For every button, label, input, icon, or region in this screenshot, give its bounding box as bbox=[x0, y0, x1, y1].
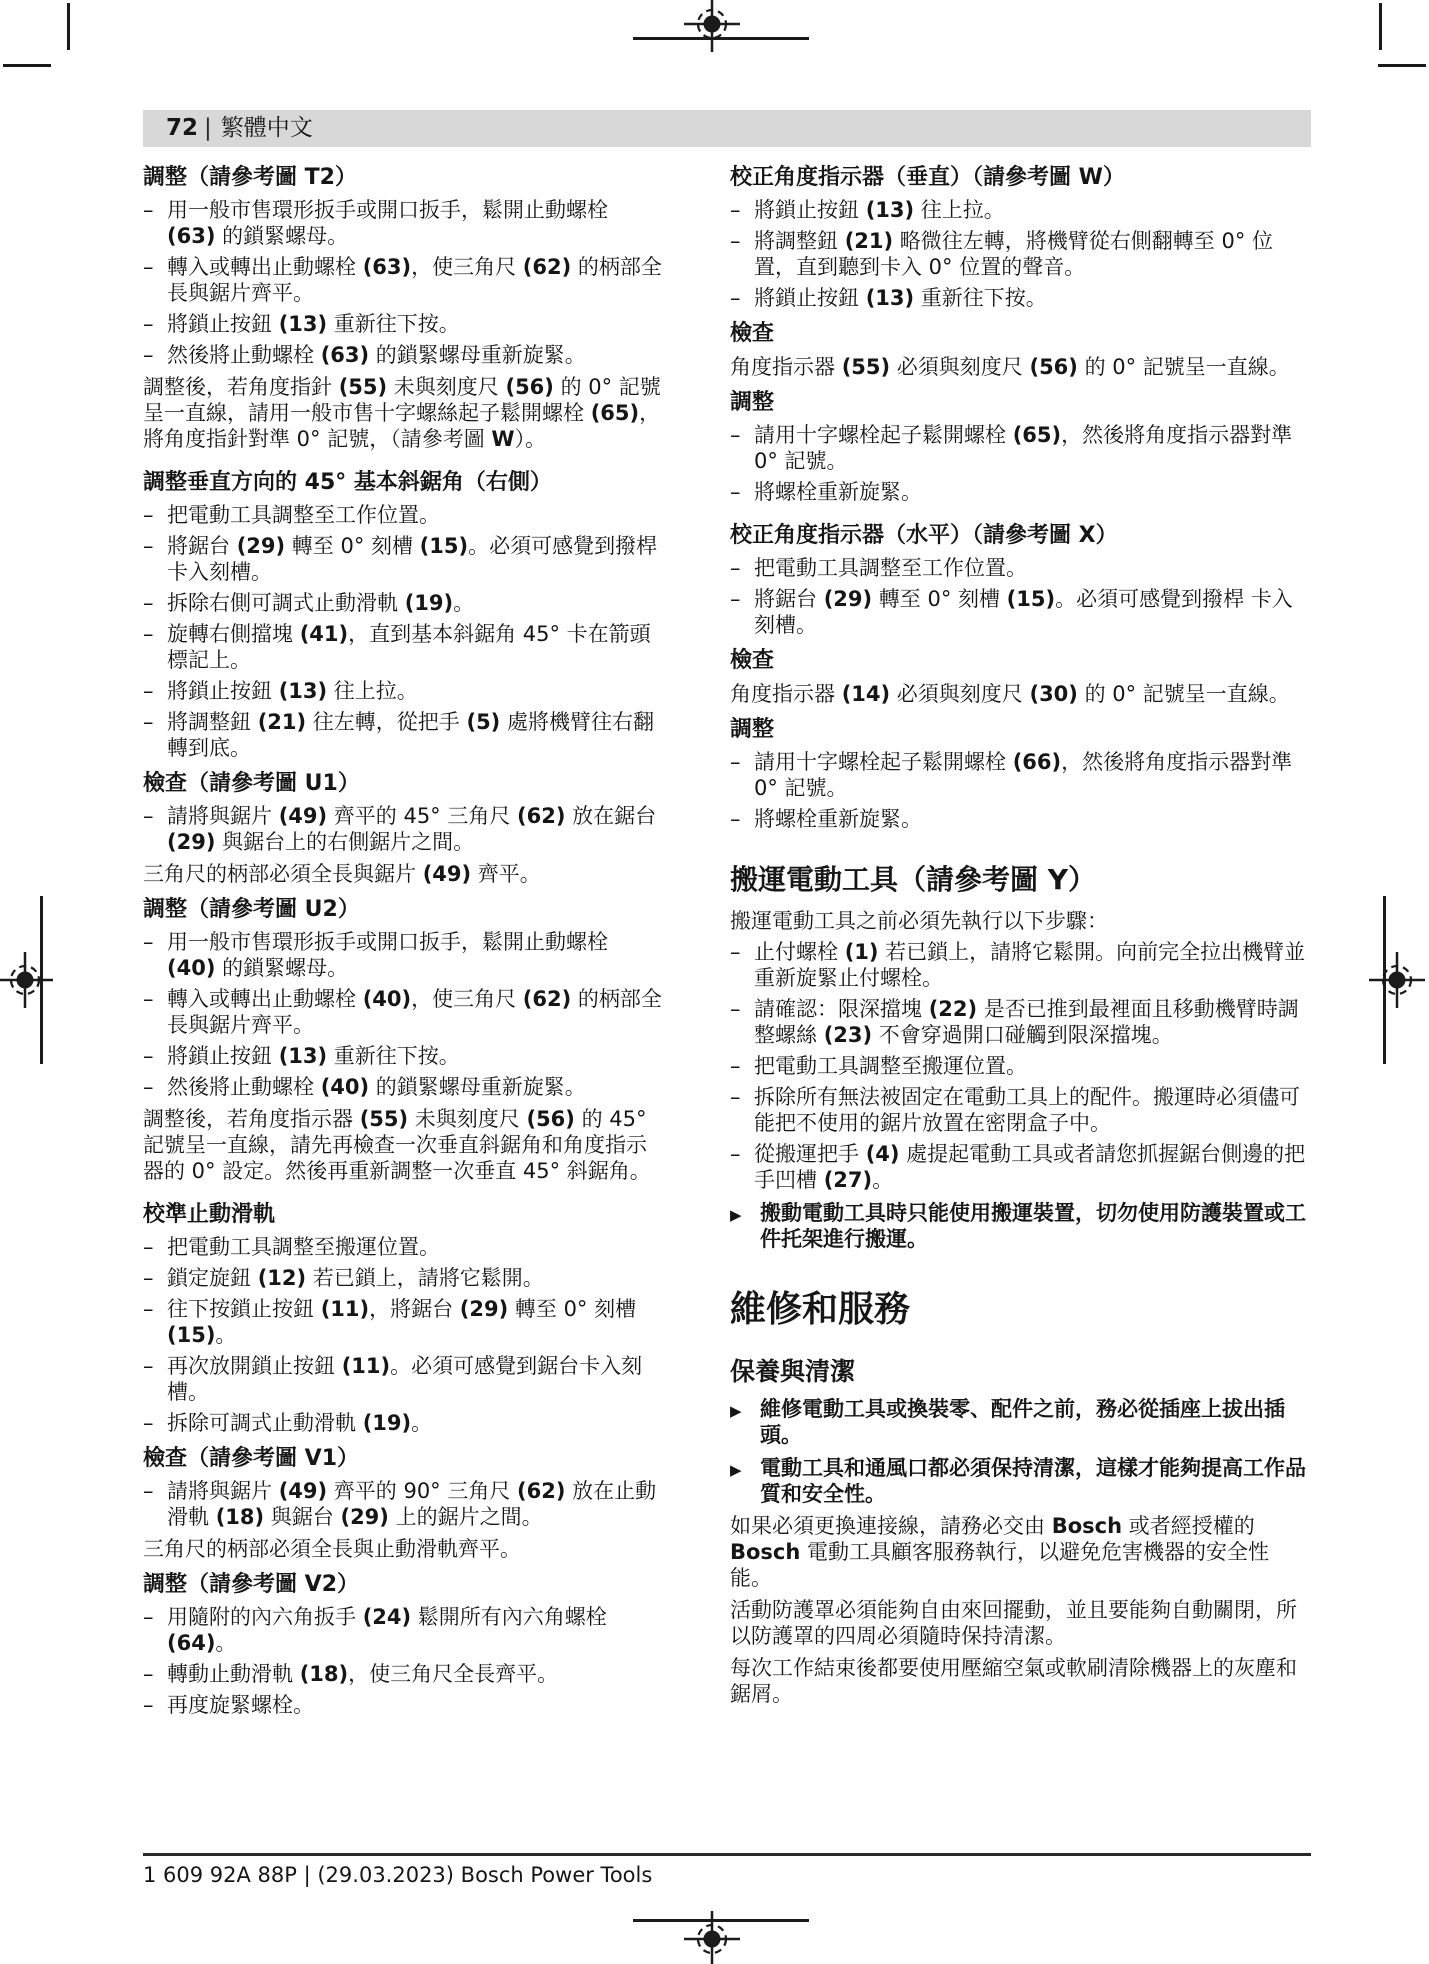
dash-bullet: – bbox=[730, 996, 741, 1022]
list-item-text: 將調整鈕 (21) 略微往左轉，將機臂從右側翻轉至 0° 位置，直到聽到卡入 0… bbox=[754, 229, 1273, 279]
list-item: –將螺栓重新旋緊。 bbox=[730, 806, 1311, 832]
dash-bullet: – bbox=[143, 1478, 154, 1504]
list-item: –請將與鋸片 (49) 齊平的 45° 三角尺 (62) 放在鋸台 (29) 與… bbox=[143, 803, 663, 855]
dash-bullet: – bbox=[730, 422, 741, 448]
list-item-text: 把電動工具調整至工作位置。 bbox=[167, 503, 440, 527]
list-item: –轉入或轉出止動螺栓 (40)，使三角尺 (62) 的柄部全長與鋸片齊平。 bbox=[143, 986, 663, 1038]
header-divider: | bbox=[204, 110, 212, 147]
dash-bullet: – bbox=[143, 1661, 154, 1687]
list-item: –將鎖止按鈕 (13) 重新往下按。 bbox=[143, 1043, 663, 1069]
list-item-text: 拆除右側可調式止動滑軌 (19)。 bbox=[167, 591, 474, 615]
paragraph: 搬運電動工具之前必須先執行以下步驟： bbox=[730, 908, 1311, 934]
list-item: –用隨附的內六角扳手 (24) 鬆開所有內六角螺栓 (64)。 bbox=[143, 1604, 663, 1656]
paragraph: 每次工作結束後都要使用壓縮空氣或軟刷清除機器上的灰塵和鋸屑。 bbox=[730, 1655, 1311, 1707]
dash-bullet: – bbox=[143, 1074, 154, 1100]
list-item-text: 再次放開鎖止按鈕 (11)。必須可感覺到鋸台卡入刻槽。 bbox=[167, 1354, 642, 1404]
list-item-text: 用一般市售環形扳手或開口扳手，鬆開止動螺栓 (63) 的鎖緊螺母。 bbox=[167, 198, 608, 248]
list-item-text: 將鎖止按鈕 (13) 往上拉。 bbox=[754, 198, 1005, 222]
list-item-text: 往下按鎖止按鈕 (11)，將鋸台 (29) 轉至 0° 刻槽 (15)。 bbox=[167, 1297, 636, 1347]
dash-bullet: – bbox=[730, 197, 741, 223]
list-item-text: 鎖定旋鈕 (12) 若已鎖上，請將它鬆開。 bbox=[167, 1266, 544, 1290]
arrow-bullet-icon: ▶ bbox=[730, 1398, 742, 1424]
section-heading: 檢查 bbox=[730, 319, 1311, 348]
list-item-text: 將調整鈕 (21) 往左轉，從把手 (5) 處將機臂往右翻轉到底。 bbox=[167, 710, 654, 760]
list-item: –將鋸台 (29) 轉至 0° 刻槽 (15)。必須可感覺到撥桿 卡入刻槽。 bbox=[143, 533, 663, 585]
section-heading: 調整垂直方向的 45° 基本斜鋸角（右側） bbox=[143, 468, 663, 497]
dash-bullet: – bbox=[143, 1692, 154, 1718]
section-heading: 維修和服務 bbox=[730, 1288, 1311, 1332]
list-item: –將調整鈕 (21) 往左轉，從把手 (5) 處將機臂往右翻轉到底。 bbox=[143, 709, 663, 761]
section-heading: 保養與清潔 bbox=[730, 1356, 1311, 1388]
paragraph: 三角尺的柄部必須全長與止動滑軌齊平。 bbox=[143, 1536, 663, 1562]
list-item-text: 請將與鋸片 (49) 齊平的 90° 三角尺 (62) 放在止動滑軌 (18) … bbox=[167, 1479, 656, 1529]
list-item-text: 把電動工具調整至工作位置。 bbox=[754, 556, 1027, 580]
section-heading: 檢查（請參考圖 U1） bbox=[143, 769, 663, 798]
list-item: –把電動工具調整至工作位置。 bbox=[143, 502, 663, 528]
paragraph: 角度指示器 (14) 必須與刻度尺 (30) 的 0° 記號呈一直線。 bbox=[730, 681, 1311, 707]
dash-bullet: – bbox=[730, 1084, 741, 1110]
registration-crosshair-right-icon bbox=[1369, 952, 1425, 1008]
list-item-text: 再度旋緊螺栓。 bbox=[167, 1693, 314, 1717]
left-column: 調整（請參考圖 T2）–用一般市售環形扳手或開口扳手，鬆開止動螺栓 (63) 的… bbox=[143, 163, 663, 1718]
page-number: 72 bbox=[166, 110, 198, 147]
section-heading: 調整（請參考圖 V2） bbox=[143, 1570, 663, 1599]
list-item-text: 從搬運把手 (4) 處提起電動工具或者請您抓握鋸台側邊的把手凹槽 (27)。 bbox=[754, 1142, 1305, 1192]
list-item: –然後將止動螺栓 (40) 的鎖緊螺母重新旋緊。 bbox=[143, 1074, 663, 1100]
dash-bullet: – bbox=[143, 1410, 154, 1436]
list-item-text: 將鎖止按鈕 (13) 重新往下按。 bbox=[167, 1044, 460, 1068]
footer-rule bbox=[143, 1853, 1311, 1856]
paragraph: 角度指示器 (55) 必須與刻度尺 (56) 的 0° 記號呈一直線。 bbox=[730, 354, 1311, 380]
paragraph: 調整後，若角度指示器 (55) 未與刻度尺 (56) 的 45° 記號呈一直線，… bbox=[143, 1106, 663, 1184]
dash-bullet: – bbox=[143, 197, 154, 223]
dash-bullet: – bbox=[730, 479, 741, 505]
dash-bullet: – bbox=[730, 555, 741, 581]
list-item-text: 止付螺栓 (1) 若已鎖上，請將它鬆開。向前完全拉出機臂並重新旋緊止付螺栓。 bbox=[754, 940, 1305, 990]
list-item-text: 請確認：限深擋塊 (22) 是否已推到最裡面且移動機臂時調整螺絲 (23) 不會… bbox=[754, 997, 1299, 1047]
footer-doc-code: 1 609 92A 88P | (29.03.2023) Bosch Power… bbox=[143, 1861, 652, 1889]
dash-bullet: – bbox=[143, 502, 154, 528]
list-item: –把電動工具調整至搬運位置。 bbox=[143, 1234, 663, 1260]
list-item-text: 旋轉右側擋塊 (41)，直到基本斜鋸角 45° 卡在箭頭標記上。 bbox=[167, 622, 651, 672]
list-item: –請確認：限深擋塊 (22) 是否已推到最裡面且移動機臂時調整螺絲 (23) 不… bbox=[730, 996, 1311, 1048]
list-item-text: 然後將止動螺栓 (40) 的鎖緊螺母重新旋緊。 bbox=[167, 1075, 586, 1099]
right-crop-line bbox=[1383, 896, 1386, 1064]
list-item: –從搬運把手 (4) 處提起電動工具或者請您抓握鋸台側邊的把手凹槽 (27)。 bbox=[730, 1141, 1311, 1193]
list-item: –將鎖止按鈕 (13) 重新往下按。 bbox=[730, 285, 1311, 311]
section-heading: 調整 bbox=[730, 715, 1311, 744]
list-item: –用一般市售環形扳手或開口扳手，鬆開止動螺栓 (40) 的鎖緊螺母。 bbox=[143, 929, 663, 981]
list-item: ▶電動工具和通風口都必須保持清潔，這樣才能夠提高工作品質和安全性。 bbox=[730, 1455, 1311, 1507]
top-center-crop-line bbox=[633, 37, 809, 40]
manual-page: 72 | 繁體中文 調整（請參考圖 T2）–用一般市售環形扳手或開口扳手，鬆開止… bbox=[0, 0, 1429, 1964]
registration-crosshair-top-icon bbox=[684, 0, 740, 52]
dash-bullet: – bbox=[143, 1265, 154, 1291]
list-item-text: 維修電動工具或換裝零、配件之前，務必從插座上拔出插頭。 bbox=[760, 1397, 1285, 1447]
list-item: –鎖定旋鈕 (12) 若已鎖上，請將它鬆開。 bbox=[143, 1265, 663, 1291]
list-item-text: 用隨附的內六角扳手 (24) 鬆開所有內六角螺栓 (64)。 bbox=[167, 1605, 607, 1655]
dash-bullet: – bbox=[730, 939, 741, 965]
list-item: –將螺栓重新旋緊。 bbox=[730, 479, 1311, 505]
dash-bullet: – bbox=[143, 803, 154, 829]
list-item-text: 將鎖止按鈕 (13) 重新往下按。 bbox=[167, 312, 460, 336]
list-item-text: 用一般市售環形扳手或開口扳手，鬆開止動螺栓 (40) 的鎖緊螺母。 bbox=[167, 930, 608, 980]
list-item: –拆除所有無法被固定在電動工具上的配件。搬運時必須儘可能把不使用的鋸片放置在密閉… bbox=[730, 1084, 1311, 1136]
list-item: –然後將止動螺栓 (63) 的鎖緊螺母重新旋緊。 bbox=[143, 342, 663, 368]
dash-bullet: – bbox=[143, 1043, 154, 1069]
section-heading: 檢查 bbox=[730, 646, 1311, 675]
list-item: –止付螺栓 (1) 若已鎖上，請將它鬆開。向前完全拉出機臂並重新旋緊止付螺栓。 bbox=[730, 939, 1311, 991]
arrow-bullet-icon: ▶ bbox=[730, 1202, 742, 1228]
dash-bullet: – bbox=[730, 1141, 741, 1167]
dash-bullet: – bbox=[730, 806, 741, 832]
list-item: –將鎖止按鈕 (13) 重新往下按。 bbox=[143, 311, 663, 337]
list-item-text: 把電動工具調整至搬運位置。 bbox=[167, 1235, 440, 1259]
section-heading: 調整（請參考圖 T2） bbox=[143, 163, 663, 192]
list-item-text: 轉入或轉出止動螺栓 (40)，使三角尺 (62) 的柄部全長與鋸片齊平。 bbox=[167, 987, 662, 1037]
list-item-text: 把電動工具調整至搬運位置。 bbox=[754, 1054, 1027, 1078]
list-item-text: 將鎖止按鈕 (13) 重新往下按。 bbox=[754, 286, 1047, 310]
dash-bullet: – bbox=[730, 749, 741, 775]
list-item: –再度旋緊螺栓。 bbox=[143, 1692, 663, 1718]
dash-bullet: – bbox=[143, 986, 154, 1012]
language-label: 繁體中文 bbox=[221, 110, 313, 147]
section-heading: 檢查（請參考圖 V1） bbox=[143, 1444, 663, 1473]
list-item: –往下按鎖止按鈕 (11)，將鋸台 (29) 轉至 0° 刻槽 (15)。 bbox=[143, 1296, 663, 1348]
right-column: 校正角度指示器（垂直）（請參考圖 W）–將鎖止按鈕 (13) 往上拉。–將調整鈕… bbox=[730, 163, 1311, 1707]
list-item-text: 將鋸台 (29) 轉至 0° 刻槽 (15)。必須可感覺到撥桿 卡入刻槽。 bbox=[167, 534, 657, 584]
dash-bullet: – bbox=[730, 285, 741, 311]
list-item: –將鎖止按鈕 (13) 往上拉。 bbox=[730, 197, 1311, 223]
list-item: –用一般市售環形扳手或開口扳手，鬆開止動螺栓 (63) 的鎖緊螺母。 bbox=[143, 197, 663, 249]
list-item-text: 轉入或轉出止動螺栓 (63)，使三角尺 (62) 的柄部全長與鋸片齊平。 bbox=[167, 255, 662, 305]
paragraph: 調整後，若角度指針 (55) 未與刻度尺 (56) 的 0° 記號呈一直線，請用… bbox=[143, 374, 663, 452]
list-item-text: 電動工具和通風口都必須保持清潔，這樣才能夠提高工作品質和安全性。 bbox=[760, 1456, 1306, 1506]
arrow-bullet-icon: ▶ bbox=[730, 1457, 742, 1483]
dash-bullet: – bbox=[143, 590, 154, 616]
paragraph: 如果必須更換連接線，請務必交由 Bosch 或者經授權的 Bosch 電動工具顧… bbox=[730, 1513, 1311, 1591]
corner-crop-mark-top-left-h bbox=[3, 64, 51, 67]
list-item: –轉動止動滑軌 (18)，使三角尺全長齊平。 bbox=[143, 1661, 663, 1687]
registration-crosshair-left-icon bbox=[0, 952, 53, 1008]
list-item-text: 將螺栓重新旋緊。 bbox=[754, 480, 922, 504]
corner-crop-mark-top-right-h bbox=[1378, 64, 1426, 67]
section-heading: 調整（請參考圖 U2） bbox=[143, 895, 663, 924]
list-item: –再次放開鎖止按鈕 (11)。必須可感覺到鋸台卡入刻槽。 bbox=[143, 1353, 663, 1405]
dash-bullet: – bbox=[143, 311, 154, 337]
list-item-text: 拆除可調式止動滑軌 (19)。 bbox=[167, 1411, 432, 1435]
list-item: –請將與鋸片 (49) 齊平的 90° 三角尺 (62) 放在止動滑軌 (18)… bbox=[143, 1478, 663, 1530]
list-item: –將鋸台 (29) 轉至 0° 刻槽 (15)。必須可感覺到撥桿 卡入刻槽。 bbox=[730, 586, 1311, 638]
list-item: –請用十字螺栓起子鬆開螺栓 (65)，然後將角度指示器對準 0° 記號。 bbox=[730, 422, 1311, 474]
list-item-text: 轉動止動滑軌 (18)，使三角尺全長齊平。 bbox=[167, 1662, 558, 1686]
page-header-bar: 72 | 繁體中文 bbox=[143, 110, 1311, 147]
list-item-text: 搬動電動工具時只能使用搬運裝置，切勿使用防護裝置或工件托架進行搬運。 bbox=[760, 1201, 1306, 1251]
list-item-text: 將鋸台 (29) 轉至 0° 刻槽 (15)。必須可感覺到撥桿 卡入刻槽。 bbox=[754, 587, 1293, 637]
dash-bullet: – bbox=[143, 678, 154, 704]
list-item: –旋轉右側擋塊 (41)，直到基本斜鋸角 45° 卡在箭頭標記上。 bbox=[143, 621, 663, 673]
list-item-text: 將螺栓重新旋緊。 bbox=[754, 807, 922, 831]
list-item-text: 請將與鋸片 (49) 齊平的 45° 三角尺 (62) 放在鋸台 (29) 與鋸… bbox=[167, 804, 656, 854]
list-item: ▶維修電動工具或換裝零、配件之前，務必從插座上拔出插頭。 bbox=[730, 1396, 1311, 1448]
dash-bullet: – bbox=[143, 533, 154, 559]
paragraph: 活動防護罩必須能夠自由來回擺動，並且要能夠自動關閉，所以防護罩的四周必須隨時保持… bbox=[730, 1597, 1311, 1649]
corner-crop-mark-top-left-v bbox=[67, 3, 70, 50]
section-heading: 校正角度指示器（水平）（請參考圖 X） bbox=[730, 521, 1311, 550]
registration-crosshair-bottom-icon bbox=[684, 1911, 740, 1964]
list-item: –拆除可調式止動滑軌 (19)。 bbox=[143, 1410, 663, 1436]
dash-bullet: – bbox=[143, 1234, 154, 1260]
dash-bullet: – bbox=[730, 586, 741, 612]
dash-bullet: – bbox=[143, 254, 154, 280]
dash-bullet: – bbox=[143, 1353, 154, 1379]
paragraph: 三角尺的柄部必須全長與鋸片 (49) 齊平。 bbox=[143, 861, 663, 887]
list-item: –把電動工具調整至搬運位置。 bbox=[730, 1053, 1311, 1079]
dash-bullet: – bbox=[143, 929, 154, 955]
list-item: –將調整鈕 (21) 略微往左轉，將機臂從右側翻轉至 0° 位置，直到聽到卡入 … bbox=[730, 228, 1311, 280]
dash-bullet: – bbox=[730, 228, 741, 254]
left-crop-line bbox=[40, 896, 43, 1064]
section-heading: 調整 bbox=[730, 388, 1311, 417]
list-item: ▶搬動電動工具時只能使用搬運裝置，切勿使用防護裝置或工件托架進行搬運。 bbox=[730, 1200, 1311, 1252]
list-item: –把電動工具調整至工作位置。 bbox=[730, 555, 1311, 581]
dash-bullet: – bbox=[143, 621, 154, 647]
list-item: –拆除右側可調式止動滑軌 (19)。 bbox=[143, 590, 663, 616]
dash-bullet: – bbox=[143, 709, 154, 735]
section-heading: 搬運電動工具（請參考圖 Y） bbox=[730, 862, 1311, 898]
list-item: –請用十字螺栓起子鬆開螺栓 (66)，然後將角度指示器對準 0° 記號。 bbox=[730, 749, 1311, 801]
list-item: –將鎖止按鈕 (13) 往上拉。 bbox=[143, 678, 663, 704]
dash-bullet: – bbox=[730, 1053, 741, 1079]
list-item-text: 然後將止動螺栓 (63) 的鎖緊螺母重新旋緊。 bbox=[167, 343, 586, 367]
list-item-text: 請用十字螺栓起子鬆開螺栓 (66)，然後將角度指示器對準 0° 記號。 bbox=[754, 750, 1292, 800]
list-item-text: 請用十字螺栓起子鬆開螺栓 (65)，然後將角度指示器對準 0° 記號。 bbox=[754, 423, 1292, 473]
corner-crop-mark-top-right-v bbox=[1379, 3, 1382, 50]
dash-bullet: – bbox=[143, 342, 154, 368]
dash-bullet: – bbox=[143, 1296, 154, 1322]
section-heading: 校準止動滑軌 bbox=[143, 1200, 663, 1229]
list-item: –轉入或轉出止動螺栓 (63)，使三角尺 (62) 的柄部全長與鋸片齊平。 bbox=[143, 254, 663, 306]
list-item-text: 將鎖止按鈕 (13) 往上拉。 bbox=[167, 679, 418, 703]
list-item-text: 拆除所有無法被固定在電動工具上的配件。搬運時必須儘可能把不使用的鋸片放置在密閉盒… bbox=[754, 1085, 1300, 1135]
dash-bullet: – bbox=[143, 1604, 154, 1630]
section-heading: 校正角度指示器（垂直）（請參考圖 W） bbox=[730, 163, 1311, 192]
